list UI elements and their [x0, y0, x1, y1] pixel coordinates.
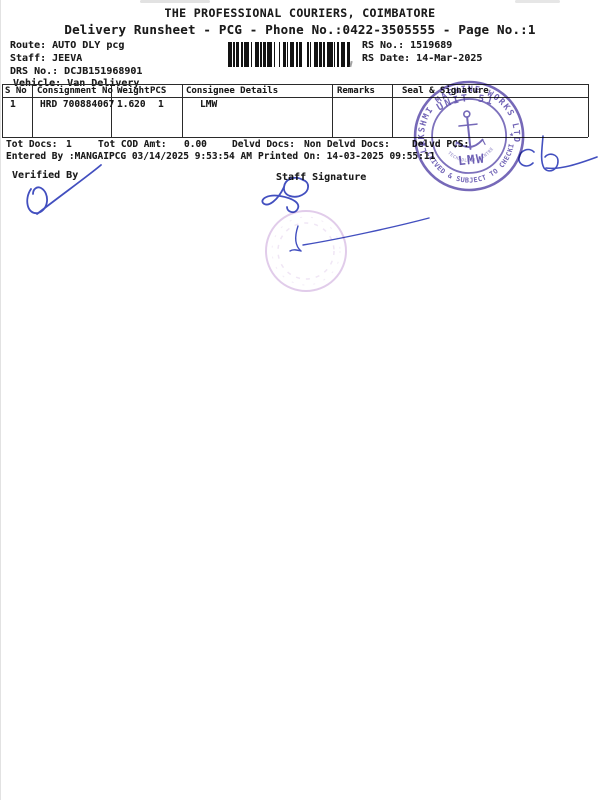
entered-by-line: Entered By :MANGAIPCG 03/14/2025 9:53:54… [6, 152, 252, 162]
company-title: THE PROFESSIONAL COURIERS, COIMBATORE [0, 7, 600, 20]
lmw-company-stamp: UNIT 51 LAKSHMI MACHINE WORKS LTD RECEIV… [400, 66, 538, 204]
verified-by-label: Verified By [12, 170, 78, 181]
scan-smudge [140, 0, 210, 3]
tot-cod-value: 0.00 [184, 140, 207, 150]
staff-signature-label: Staff Signature [276, 172, 366, 183]
col-header-consignee: Consignee Details [186, 87, 278, 97]
col-header-consignment: Consignment No [37, 87, 113, 97]
stamp-center-text: LMW [457, 150, 485, 168]
row-consignee: LMW [200, 100, 217, 110]
col-header-pcs: PCS [150, 87, 166, 97]
col-header-remarks: Remarks [337, 87, 375, 97]
rs-no-line: RS No.: 1519689 [362, 40, 452, 51]
stamp-star-left: ★ [421, 139, 427, 148]
col-header-sno: S No [5, 87, 27, 97]
rs-date-line: RS Date: 14-Mar-2025 [362, 53, 482, 64]
faint-round-stamp [260, 205, 352, 297]
row-pcs: 1 [158, 100, 164, 110]
delivery-runsheet-document: THE PROFESSIONAL COURIERS, COIMBATORE De… [0, 0, 600, 800]
table-vertical-line [332, 84, 333, 137]
delvd-docs-label: Delvd Docs: [232, 140, 295, 150]
drs-no-line: DRS No.: DCJB151968901 [10, 66, 142, 77]
barcode-ink-speck [349, 61, 352, 67]
col-header-weight: Weight [117, 87, 150, 97]
row-sno: 1 [10, 100, 16, 110]
route-line: Route: AUTO DLY pcg [10, 40, 124, 51]
barcode [228, 42, 350, 67]
table-vertical-line [182, 84, 183, 137]
lmw-anchor-logo [452, 110, 486, 151]
row-consignment-no: HRD 700884067 [40, 100, 114, 110]
non-delvd-docs-label: Non Delvd Docs: [304, 140, 390, 150]
table-vertical-line [392, 84, 393, 137]
stamp-star-right: ★ [509, 129, 515, 138]
table-vertical-line [32, 84, 33, 137]
scan-smudge [515, 0, 560, 3]
tot-cod-label: Tot COD Amt: [98, 140, 167, 150]
runsheet-subtitle: Delivery Runsheet - PCG - Phone No.:0422… [0, 23, 600, 37]
row-weight: 1.620 [117, 100, 146, 110]
staff-line: Staff: JEEVA [10, 53, 82, 64]
scan-edge-artifact [0, 0, 1, 800]
table-vertical-line [588, 84, 589, 137]
tot-docs-label: Tot Docs: [6, 140, 57, 150]
table-vertical-line [2, 84, 3, 137]
tot-docs-value: 1 [66, 140, 72, 150]
